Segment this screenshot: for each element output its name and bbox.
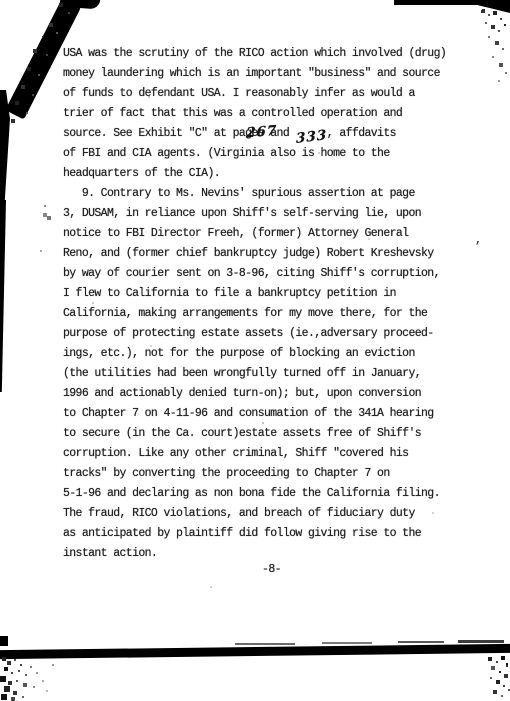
document-line: corruption. Like any other criminal, Shi…: [63, 444, 483, 464]
document-line: USA was the scrutiny of the RICO action …: [63, 44, 483, 64]
document-line: headquarters of the CIA).: [63, 164, 483, 184]
document-line: as anticipated by plaintiff did follow g…: [63, 524, 483, 544]
document-line: Reno, and (former chief bankruptcy judge…: [63, 244, 483, 264]
photocopy-left-edge-mark: [0, 636, 8, 646]
photocopy-speckles-bottom-left: [0, 656, 2, 658]
document-line: (the utilities had been wrongfully turne…: [63, 364, 483, 384]
document-line: to secure (in the Ca. court)estate asset…: [63, 424, 483, 444]
document-line: 9. Contrary to Ms. Nevins' spurious asse…: [63, 184, 483, 204]
document-line: by way of courier sent on 3-8-96, citing…: [63, 264, 483, 284]
document-line: purpose of protecting estate assets (ie.…: [63, 324, 483, 344]
document-line: instant action.: [63, 544, 483, 564]
document-line: of FBI and CIA agents. (Virginia also is…: [63, 144, 483, 164]
document-line: notice to FBI Director Freeh, (former) A…: [63, 224, 483, 244]
photocopy-left-edge-strip-lower: [0, 200, 6, 392]
document-line: I flew to California to file a bankruptc…: [63, 284, 483, 304]
document-line: California, making arrangements for my m…: [63, 304, 483, 324]
document-line: 5-1-96 and declaring as non bona fide th…: [63, 484, 483, 504]
photocopy-speckles-bottom-right: [486, 655, 488, 657]
handwritten-page-ref-1: 267: [246, 123, 278, 142]
photocopy-scan-dash: [322, 642, 372, 644]
photocopy-speckles-page: [0, 0, 2, 2]
scanned-document-page: USA was the scrutiny of the RICO action …: [0, 0, 510, 701]
photocopy-bottom-edge-bar: [0, 644, 510, 659]
photocopy-scan-dash: [458, 640, 504, 643]
document-line: The fraud, RICO violations, and breach o…: [63, 504, 483, 524]
stray-comma-mark: ,: [475, 234, 482, 247]
photocopy-speckles-top-left: [20, 10, 22, 12]
photocopy-scan-dash: [398, 641, 444, 643]
page-number: -8-: [262, 563, 281, 576]
document-line: to Chapter 7 on 4-11-96 and consumation …: [63, 404, 483, 424]
document-line: ings, etc.), not for the purpose of bloc…: [63, 344, 483, 364]
document-line: tracks" by converting the proceeding to …: [63, 464, 483, 484]
document-line: 1996 and actionably denied turn-on); but…: [63, 384, 483, 404]
photocopy-scan-dash: [235, 643, 295, 645]
photocopy-speckles-top-right: [480, 8, 482, 10]
photocopy-top-right-blob: [478, 0, 510, 13]
document-line: of funds to defendant USA. I reasonably …: [63, 84, 483, 104]
document-line: money laundering which is an important "…: [63, 64, 483, 84]
document-line: 3, DUSAM, in reliance upon Shiff's self-…: [63, 204, 483, 224]
document-line: trier of fact that this was a controlled…: [63, 104, 483, 124]
